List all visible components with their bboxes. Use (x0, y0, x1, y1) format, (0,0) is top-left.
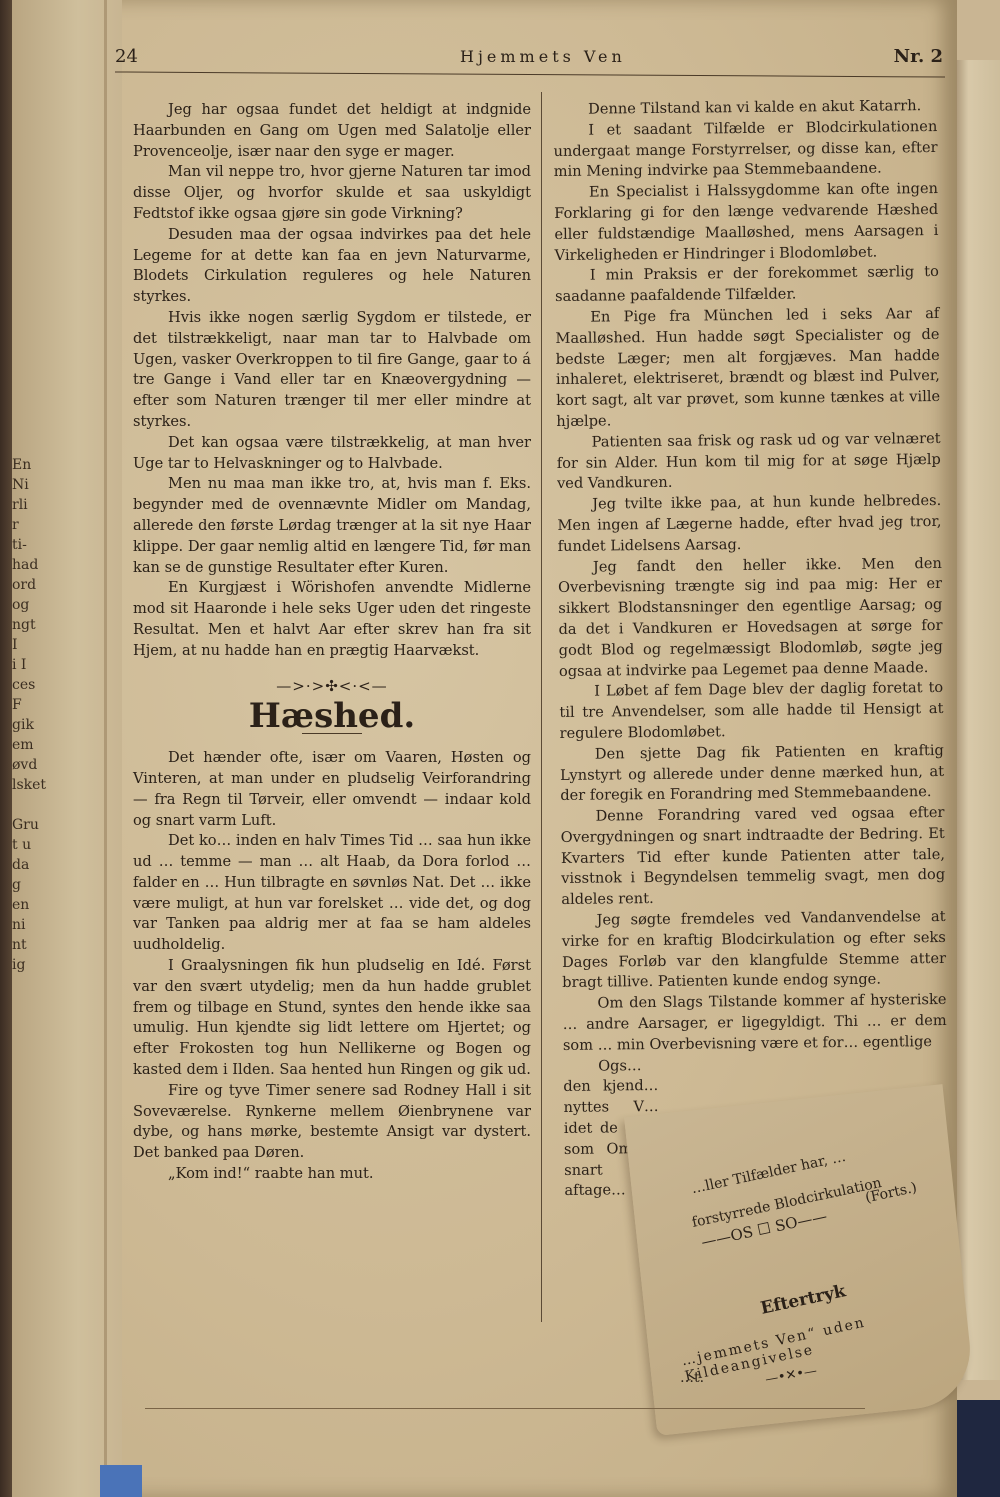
left-column: Jeg har ogsaa fundet det heldigt at indg… (133, 100, 531, 1185)
issue-number: Nr. 2 (894, 46, 943, 67)
notice-end: …t. (680, 1370, 704, 1386)
next-page-edge (953, 60, 1000, 1380)
previous-page-fragments: EnNirlirti-hadordogngtIi IcesFgikemøvdls… (12, 455, 52, 975)
margin-fragment: i I (12, 655, 52, 675)
page-number: 24 (115, 46, 138, 67)
margin-fragment: em (12, 735, 52, 755)
margin-fragment (12, 795, 52, 815)
margin-fragment: gik (12, 715, 52, 735)
journal-title: Hjemmets Ven (460, 47, 626, 66)
spine-fold (104, 0, 107, 1497)
paper-crease (145, 1408, 865, 1409)
paragraph: Denne Forandring vared ved ogsaa efter O… (560, 803, 945, 911)
margin-fragment: rli (12, 495, 52, 515)
margin-fragment: F (12, 695, 52, 715)
paragraph: Patienten saa frisk og rask ud og var ve… (556, 429, 941, 495)
margin-fragment: nt (12, 935, 52, 955)
paragraph: Hvis ikke nogen særlig Sygdom er tilsted… (133, 308, 531, 433)
margin-fragment: lsket (12, 775, 52, 795)
paragraph: I Graalysningen fik hun pludselig en Idé… (133, 956, 531, 1081)
margin-fragment: g (12, 875, 52, 895)
margin-fragment: ord (12, 575, 52, 595)
header-rule (115, 71, 945, 77)
margin-fragment: ti- (12, 535, 52, 555)
paragraph: En Kurgjæst i Wörishofen anvendte Midler… (133, 578, 531, 661)
paragraph: Fire og tyve Timer senere sad Rodney Hal… (133, 1081, 531, 1164)
article-title: Hæshed. (133, 706, 531, 727)
paragraph: Jeg tvilte ikke paa, at hun kunde helbre… (557, 491, 942, 557)
blue-object-corner (100, 1465, 142, 1497)
paragraph: I et saadant Tilfælde er Blodcirkulation… (553, 117, 938, 183)
paragraph: En Pige fra München led i seks Aar af Ma… (555, 304, 940, 433)
paragraph: Det hænder ofte, især om Vaaren, Høsten … (133, 748, 531, 831)
column-divider (541, 92, 542, 1322)
margin-fragment: ig (12, 955, 52, 975)
margin-fragment: ni (12, 915, 52, 935)
margin-fragment: En (12, 455, 52, 475)
margin-fragment: da (12, 855, 52, 875)
paragraph: Om den Slags Tilstande kommer af hysteri… (562, 990, 947, 1056)
margin-fragment: Ni (12, 475, 52, 495)
paragraph: Det ko… inden en halv Times Tid … saa hu… (133, 831, 531, 956)
page-header: 24 Hjemmets Ven Nr. 2 (105, 40, 945, 76)
paragraph: Jeg har ogsaa fundet det heldigt at indg… (133, 100, 531, 162)
margin-fragment: en (12, 895, 52, 915)
paragraph: Den sjette Dag fik Patienten en kraftig … (560, 741, 945, 807)
margin-fragment: øvd (12, 755, 52, 775)
paragraph: I min Praksis er der forekommet særlig t… (555, 262, 939, 308)
right-column: Denne Tilstand kan vi kalde en akut Kata… (553, 96, 949, 1202)
margin-fragment: Gru (12, 815, 52, 835)
paragraph: Desuden maa der ogsaa indvirkes paa det … (133, 225, 531, 308)
margin-fragment: had (12, 555, 52, 575)
paragraph: Jeg fandt den heller ikke. Men den Overb… (558, 553, 943, 682)
margin-fragment: ces (12, 675, 52, 695)
paragraph: Det kan ogsaa være tilstrækkelig, at man… (133, 433, 531, 475)
section-ornament: —>·>✣<·<— (133, 676, 531, 697)
margin-fragment: t u (12, 835, 52, 855)
torn-page-flap (624, 1084, 976, 1436)
paragraph: Jeg søgte fremdeles ved Vandanvendelse a… (561, 907, 946, 994)
paragraph: Men nu maa man ikke tro, at, hvis man f.… (133, 474, 531, 578)
margin-fragment: r (12, 515, 52, 535)
paragraph: „Kom ind!“ raabte han mut. (133, 1164, 531, 1185)
paragraph: En Specialist i Halssygdomme kan ofte in… (554, 179, 939, 266)
paragraph: Man vil neppe tro, hvor gjerne Naturen t… (133, 162, 531, 224)
margin-fragment: og (12, 595, 52, 615)
margin-fragment: I (12, 635, 52, 655)
paragraph: I Løbet af fem Dage blev der daglig fore… (559, 678, 944, 744)
margin-fragment: ngt (12, 615, 52, 635)
